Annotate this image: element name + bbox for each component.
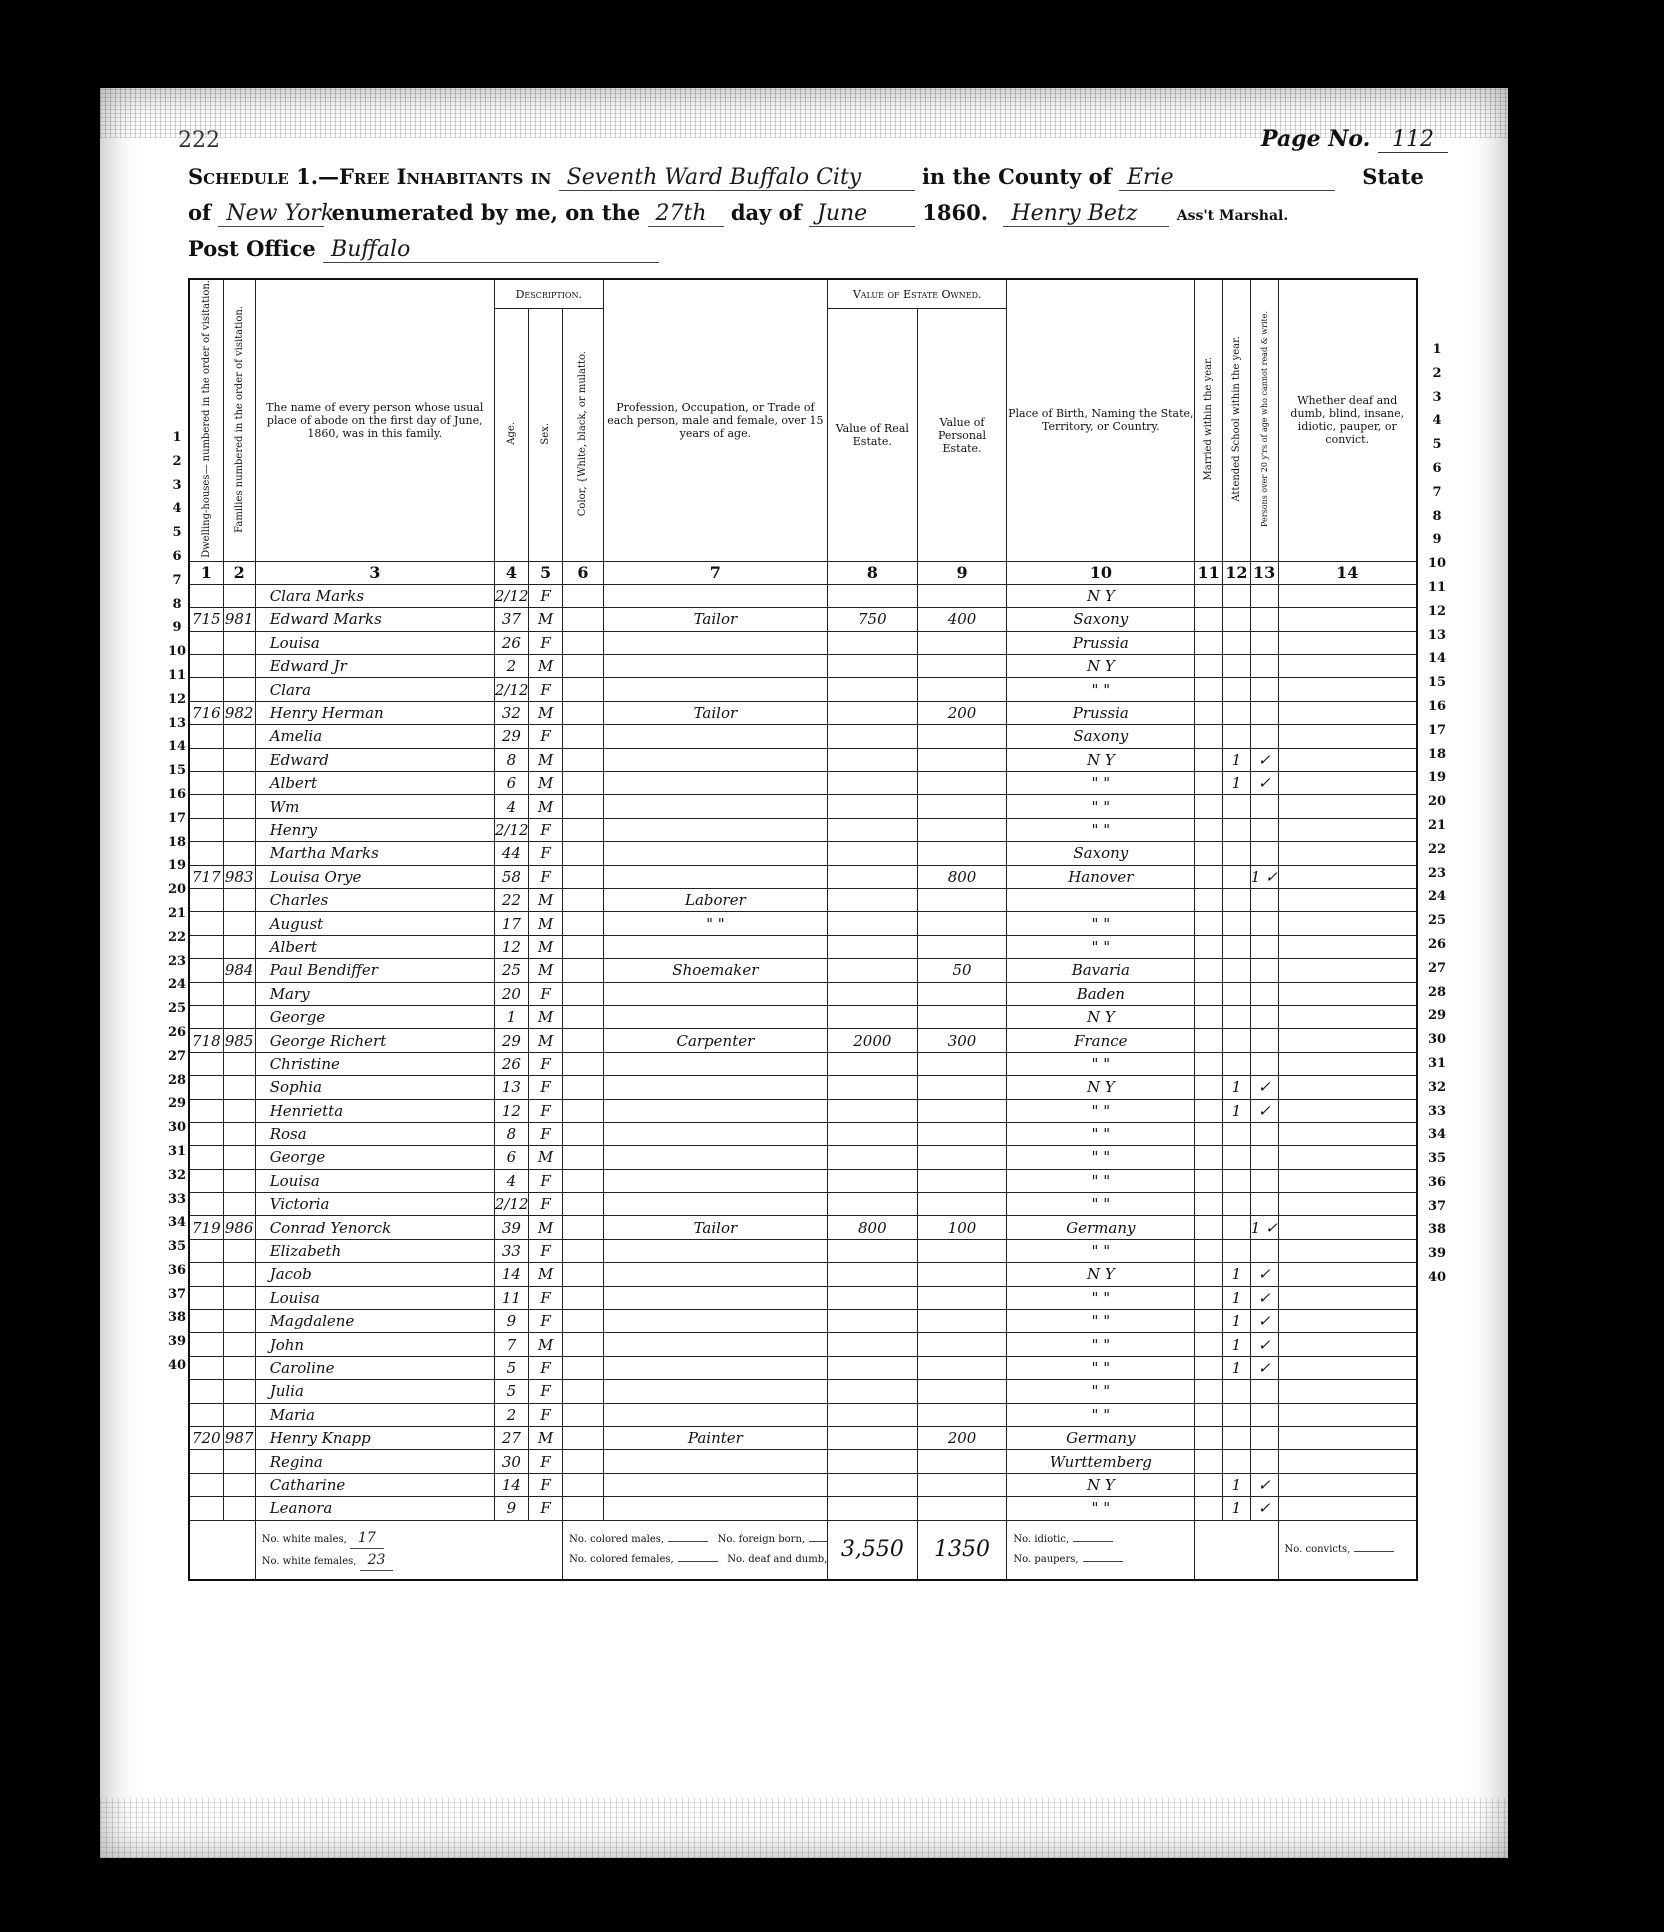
county-label: in the County of (922, 164, 1112, 189)
person-name: Mary (255, 982, 494, 1005)
age: 29 (494, 725, 528, 748)
personal-estate-value: 200 (917, 701, 1007, 724)
occupation (603, 842, 827, 865)
occupation (603, 1193, 827, 1216)
line-number: 31 (1422, 1052, 1452, 1076)
line-number: 7 (1422, 481, 1452, 505)
personal-estate-value (917, 655, 1007, 678)
sex: M (529, 1146, 563, 1169)
age: 2/12 (494, 678, 528, 701)
school-mark (1223, 1169, 1251, 1192)
person-name: Edward Jr (255, 655, 494, 678)
married-mark (1195, 1193, 1223, 1216)
school-mark: 1 (1223, 1286, 1251, 1309)
age: 4 (494, 1169, 528, 1192)
cannot-read-mark: ✓ (1250, 1333, 1278, 1356)
birthplace: " " (1007, 1052, 1195, 1075)
table-row: Catharine 14 F N Y 1 ✓ (189, 1473, 1417, 1496)
school-mark (1223, 1380, 1251, 1403)
line-number: 15 (166, 759, 188, 783)
real-estate-value (827, 1356, 917, 1379)
enumerated-label: enumerated by me, on the (332, 200, 641, 225)
married-mark (1195, 1216, 1223, 1239)
cannot-read-mark: ✓ (1250, 748, 1278, 771)
age: 39 (494, 1216, 528, 1239)
color (563, 1005, 604, 1028)
personal-estate-value (917, 1497, 1007, 1520)
personal-estate-value (917, 818, 1007, 841)
dwelling-number (189, 678, 223, 701)
sex: F (529, 1193, 563, 1216)
enumeration-line: of New York enumerated by me, on the 27t… (188, 200, 1288, 227)
family-number (223, 1239, 255, 1262)
color (563, 584, 604, 607)
married-mark (1195, 1263, 1223, 1286)
cannot-read-mark (1250, 1052, 1278, 1075)
cannot-read-mark (1250, 655, 1278, 678)
personal-estate-value (917, 1239, 1007, 1262)
line-number: 26 (166, 1021, 188, 1045)
age: 44 (494, 842, 528, 865)
line-number: 18 (166, 831, 188, 855)
personal-estate-value (917, 1263, 1007, 1286)
infirmity (1278, 795, 1417, 818)
sex: F (529, 842, 563, 865)
person-name: George (255, 1005, 494, 1028)
infirmity (1278, 842, 1417, 865)
table-row: 716 982 Henry Herman 32 M Tailor 200 Pru… (189, 701, 1417, 724)
total-personal-estate: 1350 (917, 1520, 1007, 1580)
school-mark: 1 (1223, 772, 1251, 795)
line-number: 12 (166, 688, 188, 712)
color (563, 1497, 604, 1520)
married-mark (1195, 1076, 1223, 1099)
school-mark (1223, 584, 1251, 607)
personal-estate-value (917, 1099, 1007, 1122)
birthplace: " " (1007, 1333, 1195, 1356)
line-number: 20 (166, 878, 188, 902)
color (563, 795, 604, 818)
personal-estate-value: 100 (917, 1216, 1007, 1239)
occupation (603, 818, 827, 841)
person-name: Henry Herman (255, 701, 494, 724)
real-estate-value (827, 1169, 917, 1192)
age: 37 (494, 608, 528, 631)
person-name: Louisa (255, 1169, 494, 1192)
occupation (603, 1497, 827, 1520)
color (563, 842, 604, 865)
occupation (603, 1122, 827, 1145)
personal-estate-value (917, 935, 1007, 958)
school-mark: 1 (1223, 1099, 1251, 1122)
table-row: Louisa 11 F " " 1 ✓ (189, 1286, 1417, 1309)
family-number: 984 (223, 959, 255, 982)
birthplace: Germany (1007, 1216, 1195, 1239)
line-number: 22 (1422, 838, 1452, 862)
page-no-value: 112 (1378, 127, 1448, 153)
occupation: Laborer (603, 888, 827, 911)
family-number (223, 678, 255, 701)
birthplace: " " (1007, 818, 1195, 841)
school-mark (1223, 608, 1251, 631)
real-estate-value (827, 1146, 917, 1169)
personal-estate-value (917, 1403, 1007, 1426)
line-number: 18 (1422, 743, 1452, 767)
cannot-read-mark (1250, 795, 1278, 818)
real-estate-value (827, 1380, 917, 1403)
occupation: Tailor (603, 701, 827, 724)
sex: F (529, 584, 563, 607)
personal-estate-value (917, 1473, 1007, 1496)
infirmity (1278, 1099, 1417, 1122)
person-name: Regina (255, 1450, 494, 1473)
school-mark: 1 (1223, 1497, 1251, 1520)
white-females-count: 23 (360, 1550, 394, 1571)
cannot-read-mark (1250, 631, 1278, 654)
page-no-label: Page No. (1261, 126, 1370, 152)
infirmity (1278, 1122, 1417, 1145)
real-estate-value: 750 (827, 608, 917, 631)
real-estate-value (827, 584, 917, 607)
infirmity (1278, 1286, 1417, 1309)
line-number: 27 (1422, 957, 1452, 981)
school-mark (1223, 935, 1251, 958)
school-mark: 1 (1223, 748, 1251, 771)
occupation (603, 1380, 827, 1403)
occupation (603, 678, 827, 701)
school-mark (1223, 1193, 1251, 1216)
infirmity (1278, 1450, 1417, 1473)
line-number: 2 (166, 450, 188, 474)
family-number (223, 795, 255, 818)
occupation (603, 1310, 827, 1333)
table-row: Julia 5 F " " (189, 1380, 1417, 1403)
family-number (223, 1263, 255, 1286)
infirmity (1278, 1356, 1417, 1379)
dwelling-number (189, 1403, 223, 1426)
married-mark (1195, 772, 1223, 795)
sex: M (529, 772, 563, 795)
sex: M (529, 1333, 563, 1356)
infirmity (1278, 1216, 1417, 1239)
total-real-estate: 3,550 (827, 1520, 917, 1580)
sex: M (529, 748, 563, 771)
dwelling-number (189, 1450, 223, 1473)
age: 8 (494, 748, 528, 771)
header-real-estate: Value of Real Estate. (827, 309, 917, 562)
age: 7 (494, 1333, 528, 1356)
school-mark (1223, 631, 1251, 654)
age: 26 (494, 1052, 528, 1075)
married-mark (1195, 584, 1223, 607)
color (563, 1263, 604, 1286)
age: 26 (494, 631, 528, 654)
dwelling-number (189, 1193, 223, 1216)
line-number: 19 (166, 854, 188, 878)
personal-estate-value (917, 584, 1007, 607)
birthplace: N Y (1007, 655, 1195, 678)
family-number (223, 935, 255, 958)
sex: M (529, 935, 563, 958)
birthplace: " " (1007, 1193, 1195, 1216)
real-estate-value: 800 (827, 1216, 917, 1239)
color (563, 1146, 604, 1169)
school-mark (1223, 1146, 1251, 1169)
dwelling-number: 716 (189, 701, 223, 724)
line-number: 6 (166, 545, 188, 569)
family-number (223, 818, 255, 841)
color (563, 725, 604, 748)
occupation (603, 1005, 827, 1028)
married-mark (1195, 888, 1223, 911)
year-value: 1860. (922, 200, 988, 225)
sex: F (529, 818, 563, 841)
post-office-label: Post Office (188, 236, 316, 261)
line-number: 37 (1422, 1195, 1452, 1219)
line-number: 29 (1422, 1004, 1452, 1028)
married-mark (1195, 1426, 1223, 1449)
sex: F (529, 1239, 563, 1262)
occupation (603, 1403, 827, 1426)
family-number (223, 772, 255, 795)
table-row: 720 987 Henry Knapp 27 M Painter 200 Ger… (189, 1426, 1417, 1449)
line-number: 39 (1422, 1242, 1452, 1266)
married-mark (1195, 1122, 1223, 1145)
line-number: 39 (166, 1330, 188, 1354)
line-number: 6 (1422, 457, 1452, 481)
infirmity (1278, 1052, 1417, 1075)
line-number: 14 (166, 735, 188, 759)
cannot-read-mark: ✓ (1250, 1356, 1278, 1379)
married-mark (1195, 842, 1223, 865)
person-name: Clara (255, 678, 494, 701)
color (563, 959, 604, 982)
personal-estate-value (917, 1122, 1007, 1145)
person-name: Charles (255, 888, 494, 911)
summary-white: No. white males, 17 No. white females, 2… (255, 1520, 562, 1580)
school-mark (1223, 865, 1251, 888)
school-mark (1223, 1403, 1251, 1426)
person-name: Henry Knapp (255, 1426, 494, 1449)
infirmity (1278, 701, 1417, 724)
school-mark (1223, 912, 1251, 935)
personal-estate-value (917, 1356, 1007, 1379)
day-value: 27th (648, 201, 724, 227)
married-mark (1195, 1052, 1223, 1075)
dwelling-number (189, 888, 223, 911)
married-mark (1195, 1380, 1223, 1403)
person-name: Paul Bendiffer (255, 959, 494, 982)
color (563, 772, 604, 795)
family-number (223, 888, 255, 911)
cannot-read-mark (1250, 912, 1278, 935)
line-number: 1 (1422, 338, 1452, 362)
married-mark (1195, 1099, 1223, 1122)
line-number: 31 (166, 1140, 188, 1164)
person-name: Wm (255, 795, 494, 818)
header-age: Age. (494, 309, 528, 562)
school-mark (1223, 795, 1251, 818)
age: 1 (494, 1005, 528, 1028)
infirmity (1278, 1146, 1417, 1169)
sex: M (529, 1216, 563, 1239)
scan-noise-bottom (100, 1798, 1508, 1858)
real-estate-value (827, 1122, 917, 1145)
dwelling-number (189, 1005, 223, 1028)
line-number: 17 (166, 807, 188, 831)
dwelling-number (189, 1310, 223, 1333)
birthplace: " " (1007, 1497, 1195, 1520)
married-mark (1195, 1333, 1223, 1356)
color (563, 1052, 604, 1075)
person-name: Magdalene (255, 1310, 494, 1333)
infirmity (1278, 1029, 1417, 1052)
real-estate-value (827, 818, 917, 841)
infirmity (1278, 725, 1417, 748)
cannot-read-mark (1250, 1146, 1278, 1169)
line-number: 7 (166, 569, 188, 593)
color (563, 1216, 604, 1239)
color (563, 1239, 604, 1262)
occupation (603, 865, 827, 888)
birthplace: N Y (1007, 584, 1195, 607)
age: 20 (494, 982, 528, 1005)
person-name: Martha Marks (255, 842, 494, 865)
post-office-line: Post Office Buffalo (188, 236, 659, 263)
age: 22 (494, 888, 528, 911)
header-personal-estate: Value of Personal Estate. (917, 309, 1007, 562)
summary-row: No. white males, 17 No. white females, 2… (189, 1520, 1417, 1580)
cannot-read-mark (1250, 1450, 1278, 1473)
married-mark (1195, 631, 1223, 654)
dwelling-number: 719 (189, 1216, 223, 1239)
color (563, 608, 604, 631)
line-number: 10 (1422, 552, 1452, 576)
line-number: 14 (1422, 647, 1452, 671)
personal-estate-value (917, 1450, 1007, 1473)
school-mark (1223, 888, 1251, 911)
column-number-row: 1 2 3 4 5 6 7 8 9 10 11 12 13 14 (189, 561, 1417, 584)
family-number (223, 1193, 255, 1216)
personal-estate-value (917, 1169, 1007, 1192)
table-row: Elizabeth 33 F " " (189, 1239, 1417, 1262)
sex: F (529, 865, 563, 888)
occupation (603, 1099, 827, 1122)
infirmity (1278, 1473, 1417, 1496)
dwelling-number (189, 935, 223, 958)
real-estate-value (827, 1450, 917, 1473)
line-number: 26 (1422, 933, 1452, 957)
line-number: 30 (1422, 1028, 1452, 1052)
personal-estate-value (917, 1310, 1007, 1333)
personal-estate-value: 400 (917, 608, 1007, 631)
color (563, 818, 604, 841)
line-number: 17 (1422, 719, 1452, 743)
table-row: 717 983 Louisa Orye 58 F 800 Hanover 1 ✓ (189, 865, 1417, 888)
cannot-read-mark (1250, 584, 1278, 607)
day-of-label: day of (731, 200, 802, 225)
family-number (223, 584, 255, 607)
line-number: 13 (166, 712, 188, 736)
birthplace: N Y (1007, 1076, 1195, 1099)
person-name: Albert (255, 772, 494, 795)
age: 30 (494, 1450, 528, 1473)
married-mark (1195, 1239, 1223, 1262)
personal-estate-value (917, 772, 1007, 795)
county-value: Erie (1119, 165, 1335, 191)
cannot-read-mark: 1 ✓ (1250, 865, 1278, 888)
cannot-read-mark (1250, 1193, 1278, 1216)
line-number: 25 (166, 997, 188, 1021)
header-occupation: Profession, Occupation, or Trade of each… (603, 279, 827, 561)
birthplace: " " (1007, 1099, 1195, 1122)
cannot-read-mark (1250, 725, 1278, 748)
personal-estate-value (917, 748, 1007, 771)
table-row: Amelia 29 F Saxony (189, 725, 1417, 748)
person-name: Caroline (255, 1356, 494, 1379)
dwelling-number (189, 1356, 223, 1379)
family-number (223, 1052, 255, 1075)
sex: F (529, 1076, 563, 1099)
sex: M (529, 1005, 563, 1028)
married-mark (1195, 1169, 1223, 1192)
cannot-read-mark (1250, 1169, 1278, 1192)
infirmity (1278, 1497, 1417, 1520)
table-row: Wm 4 M " " (189, 795, 1417, 818)
header-name: The name of every person whose usual pla… (255, 279, 494, 561)
infirmity (1278, 982, 1417, 1005)
personal-estate-value: 50 (917, 959, 1007, 982)
schedule-heading-line: Schedule 1.—Free Inhabitants in Seventh … (188, 164, 1424, 191)
line-number: 9 (1422, 528, 1452, 552)
person-name: Henry (255, 818, 494, 841)
age: 32 (494, 701, 528, 724)
birthplace (1007, 888, 1195, 911)
real-estate-value (827, 1193, 917, 1216)
real-estate-value (827, 1426, 917, 1449)
personal-estate-value (917, 631, 1007, 654)
cannot-read-mark (1250, 842, 1278, 865)
line-number: 40 (1422, 1266, 1452, 1290)
header-family: Families numbered in the order of visita… (223, 279, 255, 561)
cannot-read-mark (1250, 678, 1278, 701)
occupation (603, 982, 827, 1005)
age: 9 (494, 1310, 528, 1333)
family-number (223, 1310, 255, 1333)
table-row: Rosa 8 F " " (189, 1122, 1417, 1145)
line-number: 22 (166, 926, 188, 950)
real-estate-value (827, 982, 917, 1005)
married-mark (1195, 982, 1223, 1005)
dwelling-number (189, 1146, 223, 1169)
family-number (223, 725, 255, 748)
personal-estate-value (917, 1146, 1007, 1169)
person-name: George (255, 1146, 494, 1169)
age: 6 (494, 1146, 528, 1169)
line-number: 3 (1422, 386, 1452, 410)
real-estate-value (827, 1310, 917, 1333)
school-mark (1223, 701, 1251, 724)
occupation (603, 772, 827, 795)
occupation (603, 1286, 827, 1309)
cannot-read-mark (1250, 959, 1278, 982)
line-number: 20 (1422, 790, 1452, 814)
table-row: Jacob 14 M N Y 1 ✓ (189, 1263, 1417, 1286)
dwelling-number (189, 1169, 223, 1192)
sex: F (529, 1099, 563, 1122)
line-number: 11 (166, 664, 188, 688)
real-estate-value (827, 1005, 917, 1028)
